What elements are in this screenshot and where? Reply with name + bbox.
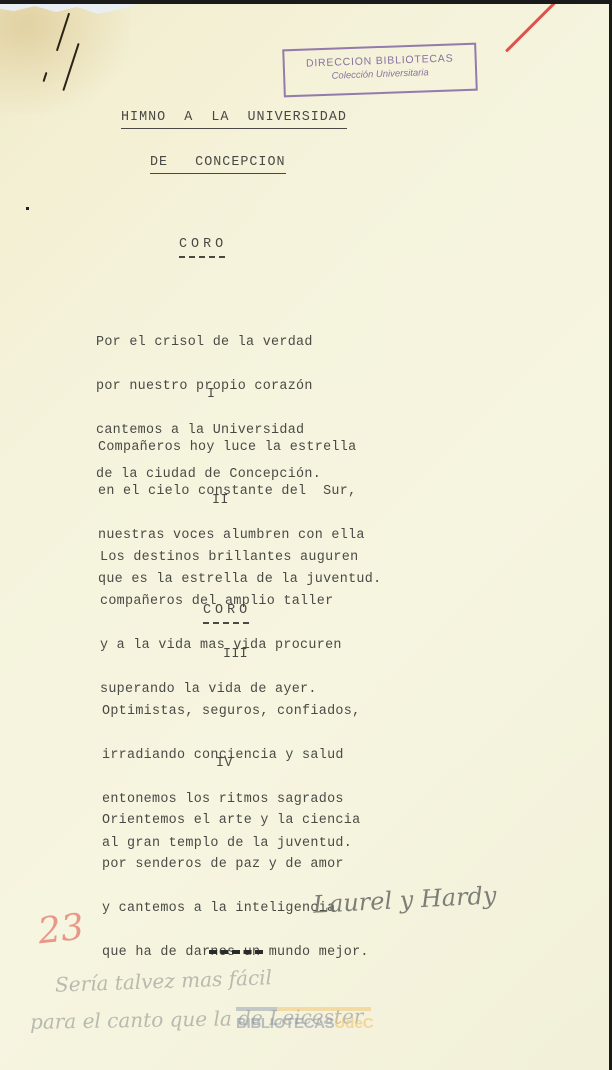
handwritten-note-line-1: Sería talvez mas fácil: [55, 965, 273, 997]
scanned-page: DIRECCION BIBLIOTECAS Colección Universi…: [0, 4, 609, 1070]
page-number: 23: [36, 907, 86, 953]
verse-line: Los destinos brillantes auguren: [100, 551, 358, 566]
verse-line: Optimistas, seguros, confiados,: [102, 705, 360, 720]
verse-line: Orientemos el arte y la ciencia: [102, 814, 369, 829]
verse-line: Por el crisol de la verdad: [96, 336, 321, 351]
ink-mark: [62, 43, 79, 91]
verse-line: en el cielo constante del Sur,: [98, 485, 381, 500]
red-pencil-mark: [505, 4, 578, 53]
library-watermark-logo: BIBLIOTECASUdeC: [236, 1007, 371, 1032]
stanza-number-iii: III: [223, 647, 248, 662]
title-line-2: DE CONCEPCION: [150, 155, 286, 170]
ink-mark: [56, 13, 70, 52]
coro-heading: CORO: [179, 237, 227, 252]
coro-repeat-heading: CORO: [203, 603, 251, 618]
watermark-text-bibliotecas: BIBLIOTECAS: [236, 1015, 334, 1032]
verse-line: Compañeros hoy luce la estrella: [98, 441, 381, 456]
title-line-1: HIMNO A LA UNIVERSIDAD: [121, 110, 347, 125]
stanza-iv: Orientemos el arte y la ciencia por send…: [102, 785, 369, 989]
library-stamp: DIRECCION BIBLIOTECAS Colección Universi…: [282, 43, 478, 98]
watermark-color-bar: [236, 1007, 371, 1011]
stanza-number-ii: II: [212, 493, 229, 508]
end-divider: [209, 950, 263, 958]
ink-dot: [26, 207, 29, 210]
stanza-number-iv: IV: [216, 756, 233, 771]
verse-line: por senderos de paz y de amor: [102, 858, 369, 873]
watermark-text-udec: UdeC: [334, 1015, 373, 1032]
stanza-number-i: I: [207, 387, 215, 402]
ink-mark: [43, 72, 48, 82]
